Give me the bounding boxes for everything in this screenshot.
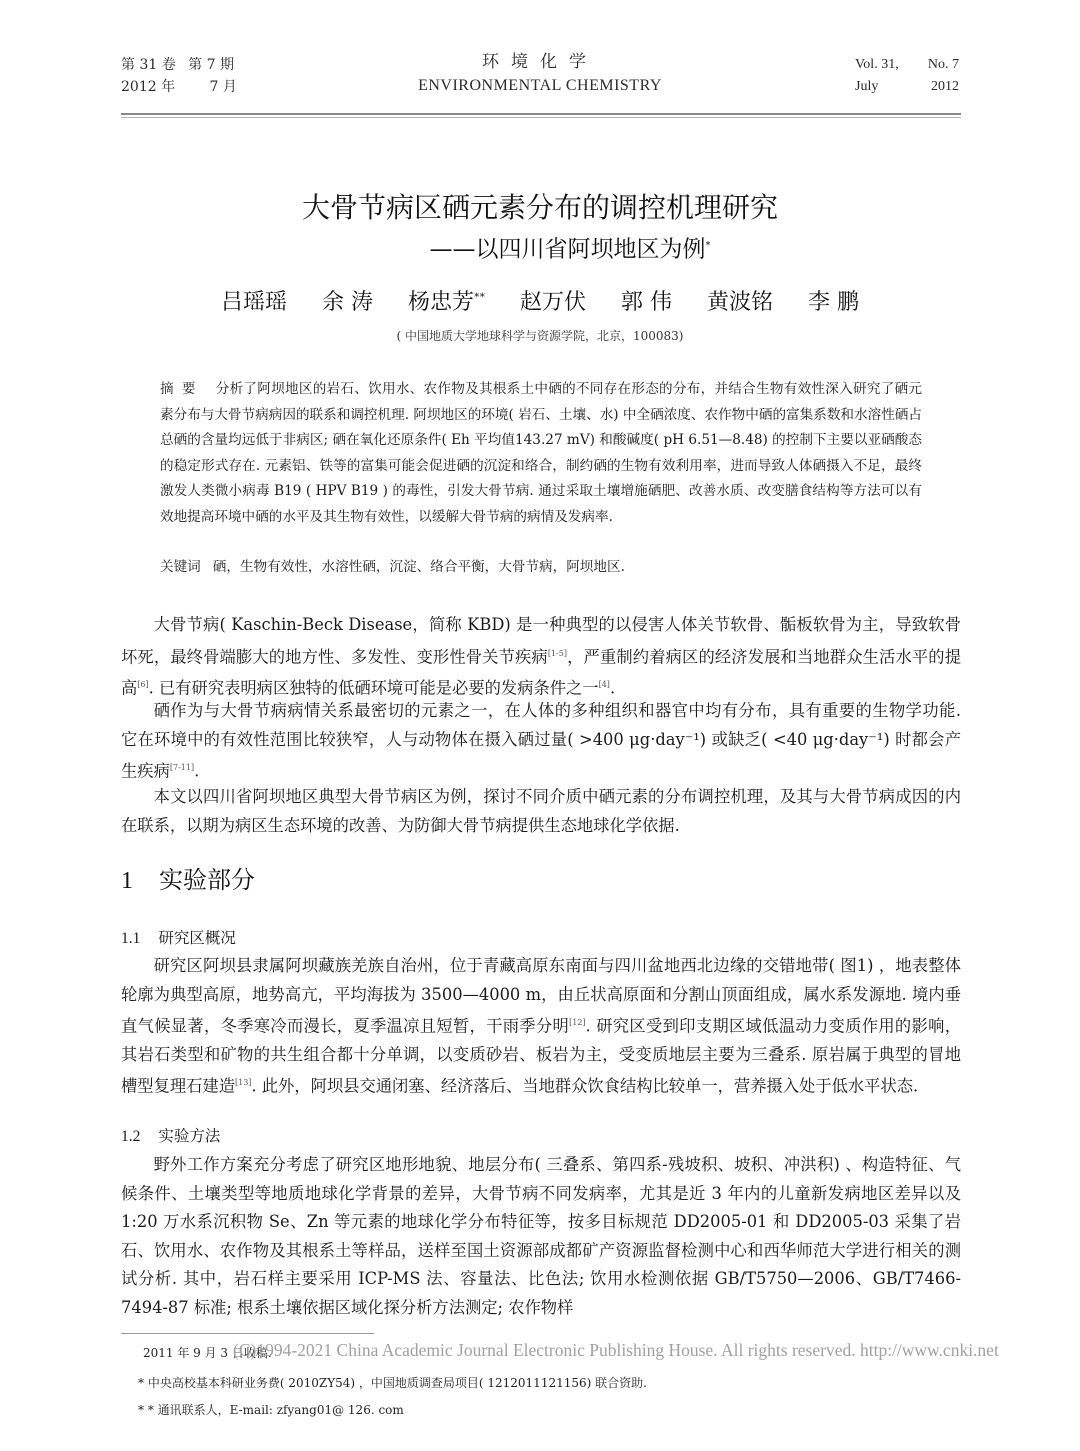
keywords-label: 关键词 <box>160 559 201 575</box>
section-title: 实验部分 <box>159 866 255 894</box>
author: 吕瑶瑶 <box>221 290 287 315</box>
abstract-text: 分析了阿坝地区的岩石、饮用水、农作物及其根系土中硒的不同存在形态的分布，并结合生… <box>160 381 922 525</box>
subtitle-footnote-mark: * <box>706 240 711 251</box>
header-divider-thin <box>121 117 961 118</box>
body-paragraph-1: 大骨节病( Kaschin-Beck Disease，简称 KBD) 是一种典型… <box>121 611 961 703</box>
year-label-en: 2012 <box>931 76 959 98</box>
citation: [4] <box>599 680 610 689</box>
author: 杨忠芳** <box>408 290 485 315</box>
keywords: 关键词硒，生物有效性，水溶性硒，沉淀、络合平衡，大骨节病，阿坝地区. <box>160 555 922 580</box>
subsection-title: 实验方法 <box>158 1127 220 1145</box>
footnote-funding: * 中央高校基本科研业务费( 2010ZY54) ，中国地质调查局项目( 121… <box>138 1374 647 1392</box>
author: 赵万伏 <box>520 290 586 315</box>
citation: [1-5] <box>548 649 567 658</box>
cnki-watermark: (C)1994-2021 China Academic Journal Elec… <box>233 1338 999 1362</box>
abstract: 摘要分析了阿坝地区的岩石、饮用水、农作物及其根系土中硒的不同存在形态的分布，并结… <box>160 377 922 530</box>
subsection-number: 1.2 <box>121 1128 140 1145</box>
section-heading: 1实验部分 <box>121 862 255 899</box>
header-divider <box>121 113 961 115</box>
citation: [12] <box>569 1018 585 1027</box>
month-label-en: July <box>855 76 878 98</box>
author-list: 吕瑶瑶 余 涛 杨忠芳** 赵万伏 郭 伟 黄波铭 李 鹏 <box>0 282 1080 319</box>
vol-label-en: Vol. 31, <box>855 54 899 76</box>
body-paragraph-3: 本文以四川省阿坝地区典型大骨节病区为例，探讨不同介质中硒元素的分布调控机理，及其… <box>121 783 961 840</box>
body-paragraph-2: 硒作为与大骨节病病情关系最密切的元素之一，在人体的多种组织和器官中均有分布，具有… <box>121 697 961 786</box>
footnote-divider <box>121 1333 374 1334</box>
citation: [7-11] <box>170 763 194 772</box>
citation: [6] <box>137 680 148 689</box>
section-number: 1 <box>121 868 133 894</box>
subsection-number: 1.1 <box>121 930 140 947</box>
author: 李 鹏 <box>808 290 859 315</box>
abstract-label: 摘要 <box>160 381 204 397</box>
no-label-en: No. 7 <box>928 54 959 76</box>
subsection-title: 研究区概况 <box>158 929 236 947</box>
citation: [13] <box>235 1078 251 1087</box>
paper-title: 大骨节病区硒元素分布的调控机理研究 <box>0 188 1080 228</box>
author: 郭 伟 <box>621 290 672 315</box>
author: 黄波铭 <box>707 290 773 315</box>
journal-issue-info-en: Vol. 31, No. 7 July 2012 <box>855 54 959 98</box>
author: 余 涛 <box>322 290 373 315</box>
keywords-text: 硒，生物有效性，水溶性硒，沉淀、络合平衡，大骨节病，阿坝地区. <box>213 559 625 575</box>
corresponding-author-mark: ** <box>474 291 485 304</box>
affiliation: ( 中国地质大学地球科学与资源学院，北京，100083) <box>0 326 1080 346</box>
subtitle-text: ——以四川省阿坝地区为例 <box>430 237 706 263</box>
subsection-heading: 1.2实验方法 <box>121 1123 220 1150</box>
body-paragraph-4: 研究区阿坝县隶属阿坝藏族羌族自治州，位于青藏高原东南面与四川盆地西北边缘的交错地… <box>121 952 961 1101</box>
subsection-heading: 1.1研究区概况 <box>121 925 236 952</box>
body-paragraph-5: 野外工作方案充分考虑了研究区地形地貌、地层分布( 三叠系、第四系-残坡积、坡积、… <box>121 1151 961 1322</box>
paper-subtitle: ——以四川省阿坝地区为例* <box>0 228 1080 268</box>
footnote-contact: * * 通讯联系人，E-mail: zfyang01@ 126. com <box>138 1401 404 1419</box>
